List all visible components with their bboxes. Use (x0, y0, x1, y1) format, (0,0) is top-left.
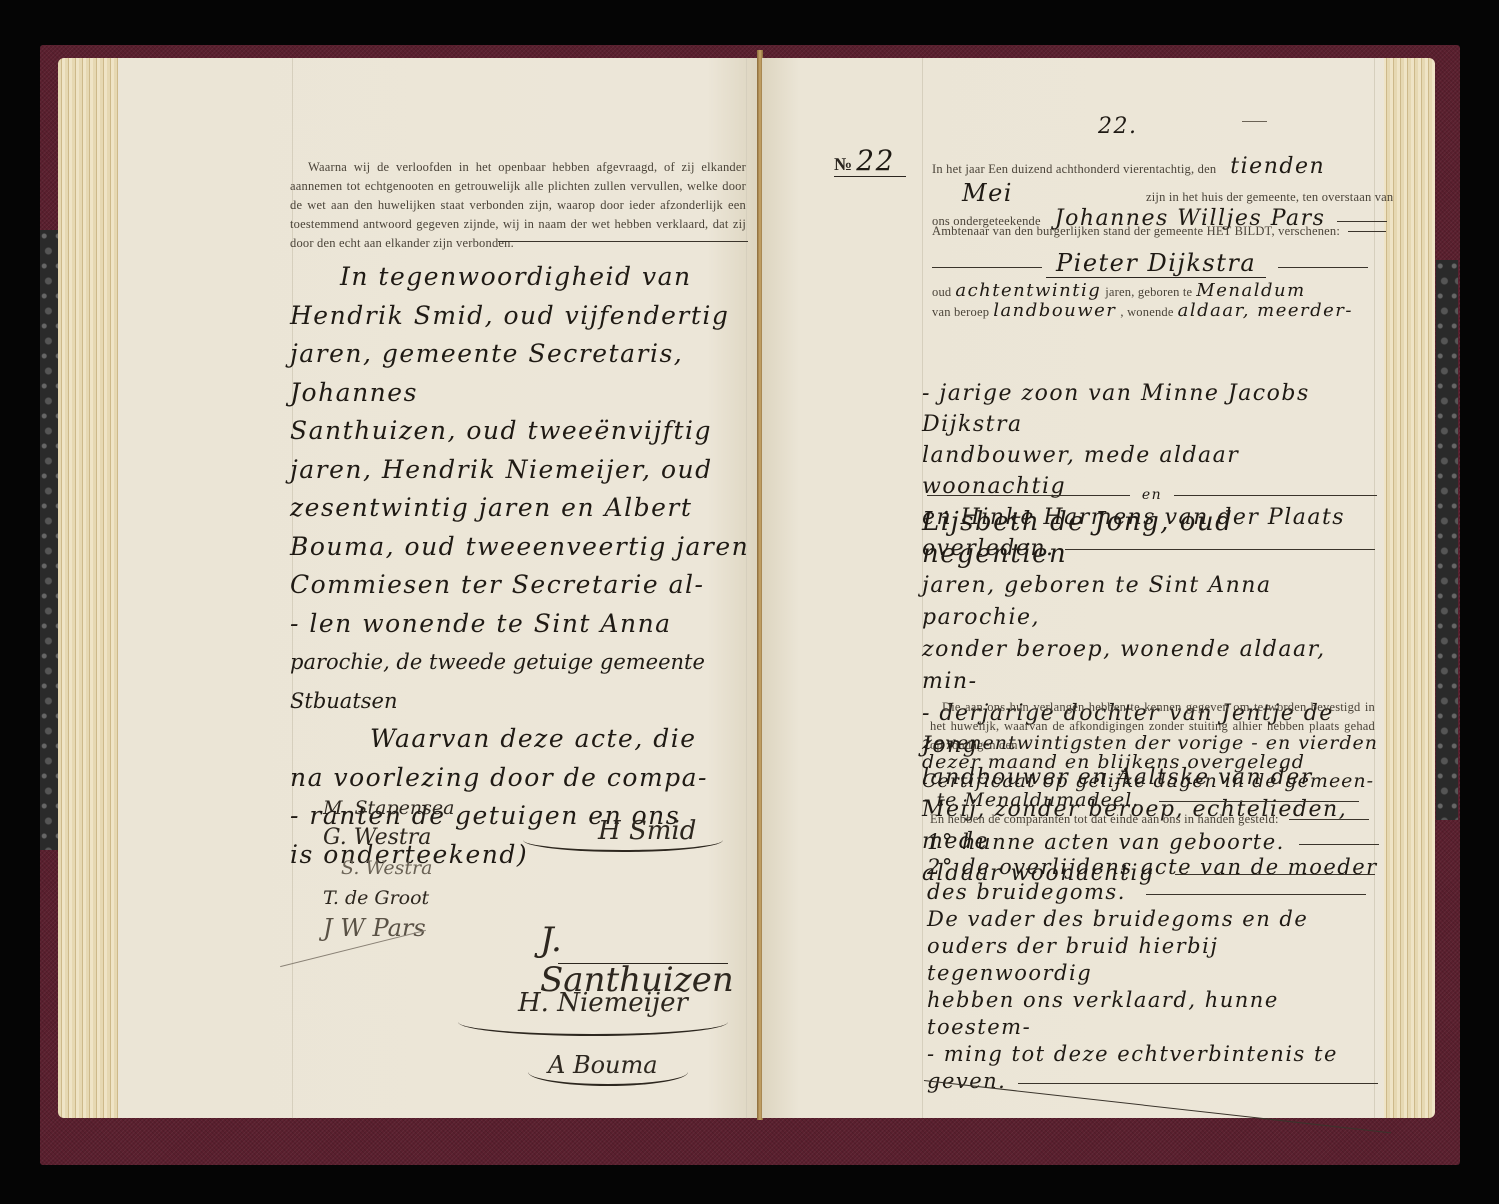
page-edges-left (58, 58, 120, 1118)
hand-line: jaren, Hendrik Niemeijer, oud (290, 451, 760, 490)
fill-line (1146, 893, 1366, 895)
groom-profession: landbouwer (993, 300, 1116, 321)
record-number-block: № 22 (834, 146, 906, 177)
hand-line: jaren, gemeente Secretaris, Johannes (290, 335, 760, 412)
hand-line: zonder beroep, wonende aldaar, min- (922, 634, 1382, 698)
right-page: 22. № 22 In het jaar Een duizend achthon… (762, 58, 1384, 1118)
fill-line (932, 266, 1042, 268)
documents-list: 1° hunne acten van geboorte. 2° de overl… (927, 830, 1387, 905)
signature-flourish (458, 1008, 728, 1036)
folio-mark (1242, 121, 1267, 122)
consent-statement: De vader des bruidegoms en de ouders der… (927, 906, 1387, 1095)
hand-line: Bouma, oud tweeenveertig jaren (290, 528, 760, 567)
and-label: en (1142, 488, 1162, 502)
hand-line: - jarige zoon van Minne Jacobs Dijkstra (922, 378, 1382, 440)
printed-text: van beroep (932, 305, 989, 319)
hand-line: Waarvan deze acte, die (290, 720, 760, 759)
document-item: 2° de overlijdens acte van de moeder (927, 855, 1387, 880)
bride-name-line: Lijsbeth de Jong, oud negentien (922, 506, 1382, 570)
hand-line: Santhuizen, oud tweeënvijftig (290, 412, 760, 451)
signature: M. Stapensea (323, 793, 454, 823)
record-number: 22 (856, 144, 895, 177)
banns-dates: zevenentwintigsten der vorige - en vierd… (922, 734, 1382, 810)
printed-text: Ambtenaar van den burgerlijken stand der… (932, 224, 1340, 238)
hand-line: zesentwintig jaren en Albert (290, 489, 760, 528)
fill-line (1018, 1082, 1378, 1084)
fill-line (1159, 800, 1359, 802)
documents-intro: En hebben de comparanten tot dat einde a… (930, 810, 1375, 829)
document-item: 1° hunne acten van geboorte. (927, 830, 1285, 854)
document-item: des bruidegoms. (927, 880, 1126, 904)
left-page: Waarna wij de verloofden in het openbaar… (118, 58, 758, 1118)
signature-flourish (528, 1058, 688, 1086)
and-separator: en (927, 488, 1377, 502)
groom-residence: aldaar, meerder- (1178, 300, 1353, 321)
intro-section: In het jaar Een duizend achthonderd vier… (932, 148, 1372, 312)
hand-line: ouders der bruid hierbij tegenwoordig (927, 933, 1387, 987)
fill-line (1348, 230, 1386, 232)
fill-line (927, 494, 1130, 496)
hand-line: Hendrik Smid, oud vijfendertig (290, 297, 760, 336)
hand-line: jaren, geboren te Sint Anna parochie, (922, 570, 1382, 634)
cover-marbled-edge-right (1436, 260, 1458, 820)
hand-line: - ming tot deze echtverbintenis te (927, 1041, 1387, 1068)
fill-line (498, 241, 748, 242)
fill-line (1278, 266, 1368, 268)
number-sign: № (834, 154, 852, 174)
hand-line: In tegenwoordigheid van (290, 258, 760, 297)
folio-number: 22. (1098, 108, 1138, 147)
fill-line (1174, 494, 1377, 496)
printed-text: , wonende (1120, 305, 1173, 319)
printed-vows-paragraph: Waarna wij de verloofden in het openbaar… (290, 158, 746, 253)
hand-line: De vader des bruidegoms en de (927, 906, 1387, 933)
hand-line: - te Menaldumadeel. (922, 789, 1139, 811)
page-edges-right (1383, 58, 1435, 1118)
hand-line: Commiesen ter Secretarie al- (290, 566, 760, 605)
hand-line: na voorlezing door de compa- (290, 759, 760, 798)
printed-text: En hebben de comparanten tot dat einde a… (930, 812, 1279, 826)
fill-line (1299, 843, 1379, 845)
signature: G. Westra (323, 823, 454, 853)
hand-line: parochie, de tweede getuige gemeente Stb… (290, 643, 760, 720)
hand-line: - len wonende te Sint Anna (290, 605, 760, 644)
witnesses-handwritten-text: In tegenwoordigheid van Hendrik Smid, ou… (290, 258, 760, 874)
hand-line: hebben ons verklaard, hunne toestem- (927, 987, 1387, 1041)
signature-underline (558, 963, 728, 964)
signatures-left-column: M. Stapensea G. Westra S. Westra T. de G… (323, 793, 454, 943)
fill-line (1289, 818, 1369, 820)
signature: S. Westra (323, 853, 454, 883)
signature-flourish (523, 828, 723, 852)
signature: T. de Groot (323, 883, 454, 913)
